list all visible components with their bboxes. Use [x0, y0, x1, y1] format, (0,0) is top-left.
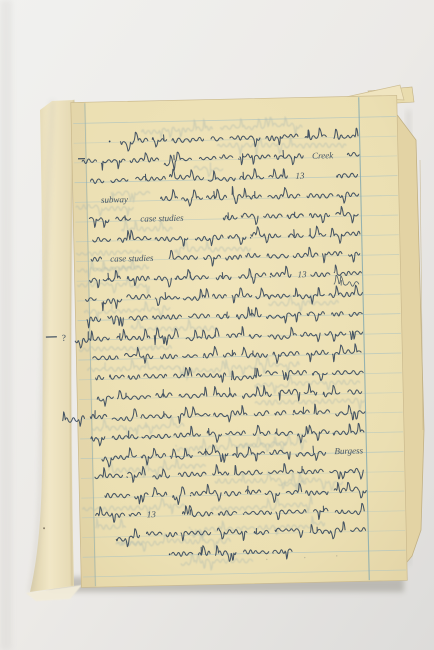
latin-token: case studies: [140, 213, 184, 224]
latin-token: 13: [297, 269, 307, 279]
manuscript-photo: ?Creek13subwaycase studiescase studies13…: [0, 0, 434, 650]
latin-token: Creek: [312, 150, 334, 160]
latin-token: 13: [147, 509, 157, 519]
latin-token: 13: [295, 171, 305, 181]
manuscript-page: ?Creek13subwaycase studiescase studies13…: [34, 95, 407, 588]
latin-token: subway: [101, 194, 128, 205]
latin-token: case studies: [110, 253, 154, 264]
latin-token: Burgess: [334, 445, 363, 456]
manuscript-photo-svg: ?Creek13subwaycase studiescase studies13…: [0, 0, 434, 650]
manuscript-scene: ?Creek13subwaycase studiescase studies13…: [0, 0, 434, 650]
question-mark: ?: [62, 333, 66, 343]
photo-left-vignette: [0, 0, 12, 650]
